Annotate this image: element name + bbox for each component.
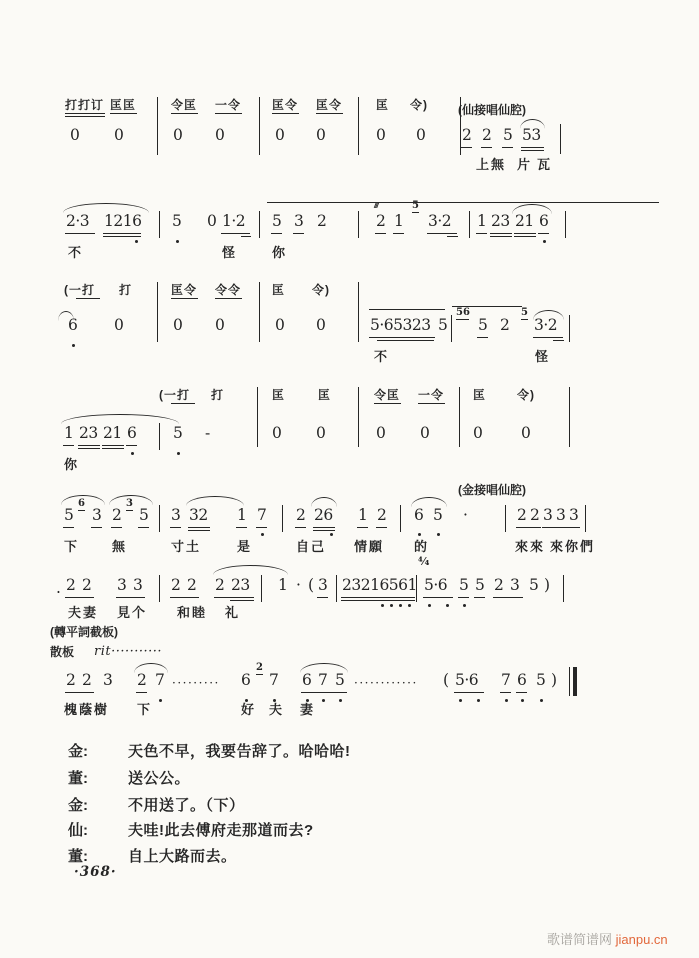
percussion-syllable: 令令 [215, 284, 241, 296]
lyric-syllable: 不 [374, 350, 389, 363]
lyric-syllable: 妻 [300, 703, 315, 716]
note: 2 [462, 128, 471, 144]
barline [569, 667, 570, 696]
beam-line [301, 692, 347, 693]
beam-line [418, 403, 445, 404]
octave-dot [390, 604, 393, 607]
barline [259, 97, 260, 155]
beam-line [63, 445, 74, 446]
note: 7 [257, 508, 266, 524]
lyric-syllable: 情願 [354, 540, 384, 553]
barline [159, 575, 160, 602]
beam-line [369, 337, 435, 338]
note: 3 [103, 673, 112, 689]
barline [159, 211, 160, 238]
continuation-dots: ········· [172, 677, 220, 689]
note: · [463, 508, 467, 524]
note: 6 [517, 673, 526, 689]
note: 0 [215, 318, 224, 334]
beam-line [521, 150, 544, 151]
annotation: (金接唱仙腔) [458, 484, 526, 496]
beam-line [103, 233, 141, 234]
octave-dot [521, 699, 524, 702]
beam-line [516, 692, 527, 693]
grace-note: 5 [521, 308, 528, 318]
note: 3 [133, 578, 142, 594]
percussion-syllable: 一令 [215, 99, 241, 111]
note: 3 [92, 508, 101, 524]
lyric-syllable: 和睦 [177, 606, 207, 619]
beam-line [369, 309, 445, 310]
beam-line [553, 340, 564, 341]
grace-note: 2 [256, 663, 263, 673]
note: 0 [420, 426, 429, 442]
lyric-syllable: 下 [137, 703, 152, 716]
barline [259, 211, 260, 238]
lyric-syllable: 片 [517, 158, 532, 171]
beam-line [188, 530, 210, 531]
beam-line [427, 233, 457, 234]
beam-line [65, 597, 94, 598]
beam-line [377, 340, 434, 341]
octave-dot [437, 533, 440, 536]
note: 2 [377, 508, 386, 524]
lyric-syllable: 的 [414, 540, 429, 553]
note: 5 [173, 426, 182, 442]
beam-line [313, 530, 335, 531]
barline [569, 315, 570, 342]
note: 23 [491, 214, 510, 230]
note: 2 [500, 318, 509, 334]
note: 0 [473, 426, 482, 442]
note: 1 [278, 578, 287, 594]
beam-line [102, 445, 124, 446]
barline [159, 505, 160, 532]
beam-line [103, 236, 141, 237]
note: 1216 [104, 214, 141, 230]
note: 7 [269, 673, 278, 689]
beam-line [78, 445, 100, 446]
beam-line [78, 510, 85, 511]
note: ( [443, 673, 449, 689]
watermark-site-url: jianpu.cn [616, 932, 668, 947]
barline [261, 575, 262, 602]
beam-line [241, 236, 251, 237]
percussion-syllable: 令) [312, 284, 330, 296]
percussion-syllable: 匡匡 [110, 99, 136, 111]
beam-line [230, 600, 254, 601]
dialogue-text: 天色不早，我要告辞了。哈哈哈! [128, 740, 351, 761]
dialogue-speaker: 董: [68, 845, 88, 866]
beam-line [78, 448, 100, 449]
beam-line [295, 527, 306, 528]
barline [569, 387, 570, 447]
beam-line [272, 113, 299, 114]
beam-line [271, 233, 282, 234]
note: 53 [522, 128, 541, 144]
note: 2 [517, 508, 526, 524]
ritardando-mark: rit··········· [94, 645, 162, 658]
lyric-syllable: 槐蔭樹 [64, 703, 109, 716]
note: 5 [335, 673, 344, 689]
barline [259, 282, 260, 342]
beam-line [514, 233, 536, 234]
beam-line [293, 233, 304, 234]
dialogue-speaker: 金: [68, 794, 88, 815]
lyric-syllable: 上無 [476, 158, 506, 171]
barline [157, 282, 158, 342]
beam-line [138, 527, 149, 528]
tremolo-mark: /// [374, 202, 378, 210]
note: 3 [294, 214, 303, 230]
octave-dot [131, 452, 134, 455]
beam-line [490, 233, 512, 234]
lyric-syllable: 怪 [535, 350, 550, 363]
percussion-syllable: 匡 [272, 389, 285, 401]
note: 0 [416, 128, 425, 144]
beam-line [221, 233, 250, 234]
note: 0 [275, 128, 284, 144]
lyric-syllable: 寸土 [171, 540, 201, 553]
grace-note: 3 [126, 499, 133, 509]
continuation-dots: ············ [354, 677, 418, 689]
note: 1 [394, 214, 403, 230]
percussion-syllable: (一打 [64, 284, 95, 296]
lyric-syllable: 來來 [515, 540, 545, 553]
percussion-syllable: 匡 [376, 99, 389, 111]
note: 2 [66, 578, 75, 594]
beam-line [474, 597, 485, 598]
beam-line [375, 233, 386, 234]
note: 2 [215, 578, 224, 594]
octave-dot [428, 604, 431, 607]
barline [157, 97, 158, 155]
note: ( [308, 578, 314, 594]
beam-line [393, 233, 404, 234]
note: 0 [316, 128, 325, 144]
note: 5 [503, 128, 512, 144]
lyric-syllable: 見个 [117, 606, 147, 619]
beam-line [171, 113, 198, 114]
beam-line [461, 147, 472, 148]
lyric-syllable: 怪 [222, 246, 237, 259]
note: · [296, 578, 300, 594]
grace-note: 5 [412, 201, 419, 211]
beam-line [91, 527, 102, 528]
note: 0 [521, 426, 530, 442]
note: 26 [314, 508, 333, 524]
note: 5·65323 [370, 318, 431, 334]
note: 2 [530, 508, 539, 524]
percussion-syllable: 匡 [318, 389, 331, 401]
note: 6 [302, 673, 311, 689]
beam-line [341, 597, 415, 598]
slur [61, 414, 179, 424]
beam-line [502, 147, 513, 148]
note: ) [551, 673, 557, 689]
beam-line [171, 298, 198, 299]
note: 5 [272, 214, 281, 230]
percussion-syllable: 匡令 [316, 99, 342, 111]
beam-line [341, 600, 415, 601]
octave-dot [543, 240, 546, 243]
note: 5·6 [424, 578, 447, 594]
note: 0 [173, 128, 182, 144]
note: 0 [114, 318, 123, 334]
barline [282, 505, 283, 532]
grace-note: 56 [456, 308, 470, 318]
beam-line [170, 597, 199, 598]
barline [563, 575, 564, 602]
note: 5 [139, 508, 148, 524]
note: 7 [501, 673, 510, 689]
octave-dot [459, 699, 462, 702]
note: 21 [515, 214, 534, 230]
time-signature: ⁴⁄₄ [418, 556, 429, 567]
note: 2 [494, 578, 503, 594]
dialogue-speaker: 董: [68, 767, 88, 788]
slur [186, 496, 244, 506]
octave-dot [177, 452, 180, 455]
beam-line [533, 337, 563, 338]
beam-line [215, 298, 242, 299]
note: 0 [207, 214, 216, 230]
octave-dot [159, 699, 162, 702]
percussion-syllable: 打 [119, 284, 132, 296]
note: 1 [237, 508, 246, 524]
note: 2 [137, 673, 146, 689]
beam-line [514, 236, 536, 237]
note: 2 [482, 128, 491, 144]
note: 1 [477, 214, 486, 230]
score-page: 打打订匡匡令匡一令匡令匡令匡令)(仙接唱仙腔)0000000022553上無片瓦… [0, 0, 699, 958]
note: . [56, 581, 60, 597]
note: 23 [231, 578, 250, 594]
beam-line [538, 233, 549, 234]
beam-line [256, 527, 267, 528]
note: 3 [318, 578, 327, 594]
lyric-syllable: 不 [68, 246, 83, 259]
beam-line [458, 597, 469, 598]
watermark: 歌谱简谱网 jianpu.cn [547, 929, 668, 948]
note: 0 [376, 128, 385, 144]
octave-dot [408, 604, 411, 607]
beam-line [376, 527, 387, 528]
note: 3 [510, 578, 519, 594]
barline [336, 575, 337, 602]
note: 3·2 [428, 214, 451, 230]
lyric-syllable: 瓦 [537, 158, 552, 171]
note: 5 [433, 508, 442, 524]
note: 2 [82, 578, 91, 594]
note: 0 [215, 128, 224, 144]
octave-dot [135, 240, 138, 243]
beam-line [516, 527, 541, 528]
beam-line [481, 147, 492, 148]
barline [469, 211, 470, 238]
note: 2 [376, 214, 385, 230]
octave-dot [381, 604, 384, 607]
octave-dot [399, 604, 402, 607]
octave-dot [477, 699, 480, 702]
beam-line [374, 403, 401, 404]
beam-line [412, 212, 419, 213]
beam-line [65, 116, 105, 117]
percussion-syllable: 打打订 [65, 99, 104, 111]
note: 0 [173, 318, 182, 334]
beam-line [65, 233, 95, 234]
lyric-syllable: 無 [112, 540, 127, 553]
note: 6 [539, 214, 548, 230]
beam-line [357, 527, 368, 528]
note: 2 [82, 673, 91, 689]
percussion-syllable: 令匡 [374, 389, 400, 401]
note: 23 [79, 426, 98, 442]
note: 2·3 [66, 214, 89, 230]
beam-line [493, 597, 523, 598]
note: 7 [155, 673, 164, 689]
octave-dot [418, 533, 421, 536]
note: 2 [66, 673, 75, 689]
note: 6 [127, 426, 136, 442]
note: 1 [64, 426, 73, 442]
note: 5 [536, 673, 545, 689]
octave-dot [322, 699, 325, 702]
beam-line [110, 113, 137, 114]
lyric-syllable: 你 [272, 246, 287, 259]
beam-line [65, 692, 94, 693]
beam-line [116, 597, 145, 598]
note: 7 [318, 673, 327, 689]
barline [565, 211, 566, 238]
note: 21 [103, 426, 122, 442]
page-number: ·368· [74, 864, 117, 880]
octave-dot [330, 533, 333, 536]
percussion-syllable: 匡 [272, 284, 285, 296]
percussion-syllable: 匡 [473, 389, 486, 401]
note: 2 [187, 578, 196, 594]
beam-line [521, 147, 544, 148]
note: 0 [376, 426, 385, 442]
note: 3 [569, 508, 578, 524]
note: 1 [358, 508, 367, 524]
note: 6 [68, 318, 77, 334]
beam-line [102, 448, 124, 449]
lyric-syllable: 來你們 [550, 540, 595, 553]
barline [585, 505, 586, 532]
octave-dot [339, 699, 342, 702]
beam-line [126, 445, 137, 446]
dialogue-text: 夫哇!此去傅府走那道而去? [128, 819, 314, 840]
beam-line [65, 113, 105, 114]
barline [257, 387, 258, 447]
barline [560, 124, 561, 154]
annotation: (仙接唱仙腔) [458, 104, 526, 116]
beam-line [171, 403, 195, 404]
barline [358, 97, 359, 155]
octave-dot [176, 240, 179, 243]
barline [416, 575, 417, 602]
beam-line [267, 202, 659, 203]
octave-dot [505, 699, 508, 702]
dialogue-speaker: 仙: [68, 819, 88, 840]
lyric-syllable: 你 [64, 458, 79, 471]
slur [520, 119, 545, 129]
dialogue-text: 送公公。 [128, 767, 190, 788]
barline [358, 387, 359, 447]
note: 5 [438, 318, 447, 334]
lyric-syllable: 夫妻 [68, 606, 98, 619]
note: 0 [70, 128, 79, 144]
octave-dot [261, 533, 264, 536]
beam-line [215, 113, 242, 114]
beam-line [111, 527, 122, 528]
note: - [205, 426, 210, 442]
note: 2 [112, 508, 121, 524]
percussion-syllable: (一打 [159, 389, 190, 401]
note: 6 [241, 673, 250, 689]
note: 5 [172, 214, 181, 230]
note: 2 [296, 508, 305, 524]
beam-line [477, 337, 488, 338]
percussion-syllable: 打 [211, 389, 224, 401]
percussion-syllable: 令) [410, 99, 428, 111]
note: 5 [478, 318, 487, 334]
beam-line [317, 597, 328, 598]
annotation: (轉平詞截板) [50, 626, 118, 638]
barline [400, 505, 401, 532]
note: 5 [64, 508, 73, 524]
note: 3·2 [534, 318, 557, 334]
note: 2 [317, 214, 326, 230]
beam-line [313, 527, 335, 528]
note: 23216561 [342, 578, 417, 594]
note: 0 [316, 426, 325, 442]
note: 5·6 [455, 673, 478, 689]
octave-dot [540, 699, 543, 702]
lyric-syllable: 礼 [225, 606, 240, 619]
barline [358, 282, 359, 342]
beam-line [256, 674, 263, 675]
beam-line [521, 319, 528, 320]
beam-line [63, 527, 74, 528]
beam-line [188, 527, 210, 528]
percussion-syllable: 令) [517, 389, 535, 401]
percussion-syllable: 一令 [418, 389, 444, 401]
note: 6 [414, 508, 423, 524]
barline [505, 505, 506, 532]
dialogue-text: 自上大路而去。 [128, 845, 237, 866]
percussion-syllable: 匡令 [272, 99, 298, 111]
barline [358, 211, 359, 238]
note: 32 [189, 508, 208, 524]
barline [573, 667, 577, 696]
beam-line [454, 692, 484, 693]
note: 3 [543, 508, 552, 524]
beam-line [542, 527, 580, 528]
lyric-syllable: 下 [64, 540, 79, 553]
beam-line [423, 597, 453, 598]
percussion-syllable: 令匡 [171, 99, 197, 111]
lyric-syllable: 夫 [269, 703, 284, 716]
note: 3 [556, 508, 565, 524]
beam-line [490, 236, 512, 237]
percussion-syllable: 匡令 [171, 284, 197, 296]
note: 0 [272, 426, 281, 442]
barline [451, 315, 452, 342]
lyric-syllable: 是 [237, 540, 252, 553]
beam-line [126, 510, 133, 511]
